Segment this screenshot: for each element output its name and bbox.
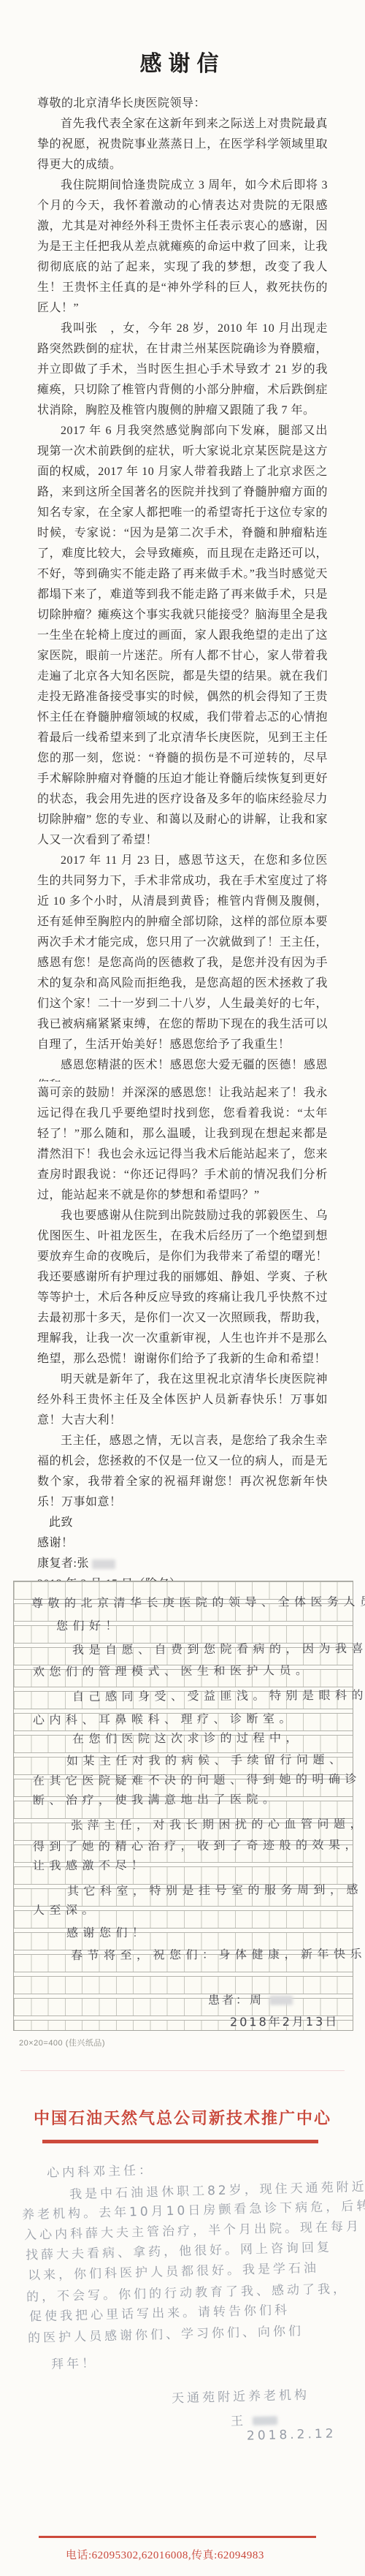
handwritten-line: 张萍主任，对我长期困扰的心血管问题， bbox=[71, 1815, 365, 1833]
paragraph: 明天就是新年了，我在这里祝北京清华长庚医院神经外科王贵怀主任及全体医护人员新春快… bbox=[37, 1369, 328, 1431]
handwritten-line: 欢您们的管理模式、医生和医护人员。 bbox=[33, 1661, 312, 1679]
grid-signature: 患者：周 bbox=[208, 1991, 293, 2008]
handwritten-line: 心内科、耳鼻喉科、理疗、诊断室。 bbox=[33, 1709, 296, 1728]
typed-letter-page-3: 蔼可亲的鼓励！并深深的感恩您！让我站起来了！我永远记得在我几乎要绝望时找到您，您… bbox=[0, 1082, 365, 1582]
handwritten-line: 的医护人员感谢你们、学习你们、向你们 bbox=[28, 2320, 304, 2346]
grid-date: 2018年2月13日 bbox=[230, 2013, 339, 2030]
handwritten-line: 感谢您们！ bbox=[66, 1923, 149, 1941]
handwritten-line: 的，不会写。你们的行动教育了我、感动了我， bbox=[26, 2278, 349, 2305]
paragraph: 我叫张 ，女，今年 28 岁，2010 年 10 月出现走路突然跌倒的症状，在甘… bbox=[37, 319, 328, 421]
handwritten-line: 在您们医院这次求诊的过程中， bbox=[72, 1728, 302, 1747]
handwritten-line: 自己感同身受、受益匪浅。特别是眼科的 bbox=[72, 1686, 365, 1704]
letterhead-signature-name: 王 bbox=[231, 2414, 247, 2429]
typed-letter-page-1: 感谢信 尊敬的北京清华长庚医院领导： 首先我代表全家在这新年到来之际送上对贵院最… bbox=[0, 0, 365, 563]
paragraph: 不好，等到确实不能走路了再来做手术。”我当时感觉天都塌下来了，难道等到我不能走路… bbox=[37, 564, 328, 851]
letterhead-signature: 王 bbox=[231, 2409, 278, 2429]
redacted-name bbox=[253, 2416, 277, 2425]
grid-signature-text: 患者：周 bbox=[208, 1993, 264, 2007]
handwritten-line: 断、治疗，使我满意地出了医院。 bbox=[33, 1790, 280, 1808]
handwritten-line: 得到了她的精心治疗，收到了奇迹般的效果， bbox=[33, 1836, 361, 1854]
letterhead-letter: 中国石油天然气总公司新技术推广中心 心内科邓主任： 我是中石油退休职工82岁，现… bbox=[0, 2097, 365, 2576]
closing-cizhi: 此致 bbox=[37, 1513, 328, 1533]
signature-text: 康复者:张 bbox=[37, 1557, 89, 1570]
paragraph: 蔼可亲的鼓励！并深深的感恩您！让我站起来了！我永远记得在我几乎要绝望时找到您，您… bbox=[37, 1083, 328, 1206]
signature-line: 康复者:张 bbox=[37, 1554, 328, 1574]
handwritten-line: 您们好！ bbox=[56, 1616, 122, 1633]
letterhead-date: 2018.2.12 bbox=[247, 2426, 337, 2443]
paragraph: 感恩您精湛的医术！感恩您大爱无疆的医德！感恩您和 bbox=[37, 1055, 328, 1082]
grid-paper-letter: 尊敬的北京清华长庚医院的领导、全体医务人员 您们好！ 我是自愿、自费到您院看病的… bbox=[13, 1581, 353, 2050]
letterhead-signature-org: 天通苑附近养老机构 bbox=[172, 2385, 310, 2406]
page-seam bbox=[20, 2070, 345, 2071]
redacted-name bbox=[269, 1996, 293, 2005]
paper-note: 20×20=400 (佳兴纸品) bbox=[19, 2037, 105, 2048]
handwritten-line: 让我感激不尽！ bbox=[33, 1856, 148, 1874]
letter-title: 感谢信 bbox=[37, 45, 328, 77]
handwritten-line: 如某主任对我的病候、手续留行问题、 bbox=[66, 1750, 346, 1768]
handwritten-line: 人至深。 bbox=[33, 1901, 99, 1918]
handwritten-line: 我是自愿、自费到您院看病的，因为我喜 bbox=[72, 1639, 365, 1657]
paragraph: 我住院期间恰逢贵院成立 3 周年，如今术后即将 3 个月的今天，我怀着激动的心情… bbox=[37, 175, 328, 319]
letterhead-org-title: 中国石油天然气总公司新技术推广中心 bbox=[0, 2106, 365, 2129]
footer-contacts: 电话:62095302,62016008,传真:62094983 bbox=[66, 2547, 264, 2562]
paragraph: 2017 年 6 月我突然感觉胸部向下发麻，腿部又出现第一次术前跌倒的症状，听大… bbox=[37, 421, 328, 563]
typed-letter-page-2: 不好，等到确实不能走路了再来做手术。”我当时感觉天都塌下来了，难道等到我不能走路… bbox=[0, 563, 365, 1082]
handwritten-line: 在其它医院疑难不决的问题、得到她的明确诊 bbox=[33, 1770, 361, 1788]
handwritten-line: 其它科室，特别是挂号室的服务周到，感 bbox=[67, 1880, 363, 1899]
handwritten-line: 心内科邓主任： bbox=[47, 2159, 155, 2181]
manuscript-grid-sheet: 尊敬的北京清华长庚医院的领导、全体医务人员 您们好！ 我是自愿、自费到您院看病的… bbox=[13, 1581, 353, 2031]
footer-red-rule bbox=[39, 2536, 316, 2538]
paragraph: 我也要感谢从住院到出院鼓励过我的郭毅医生、乌优图医生、叶祖龙医生，在我术后经历了… bbox=[37, 1206, 328, 1369]
redacted-name bbox=[92, 1559, 115, 1569]
salutation: 尊敬的北京清华长庚医院领导： bbox=[37, 94, 328, 114]
paragraph: 2017 年 11 月 23 日，感恩节这天，在您和多位医生的共同努力下，手术非… bbox=[37, 851, 328, 1055]
scanned-letters-canvas: 感谢信 尊敬的北京清华长庚医院领导： 首先我代表全家在这新年到来之际送上对贵院最… bbox=[0, 0, 365, 2576]
paragraph: 首先我代表全家在这新年到来之际送上对贵院最真挚的祝愿，祝贵院事业蒸蒸日上，在医学… bbox=[37, 114, 328, 175]
paragraph: 王主任，感恩之情，无以言表，是您给了我余生幸福的机会，您拯救的不仅是一位又一位的… bbox=[37, 1431, 328, 1513]
handwritten-line: 春节将至，祝您们：身体健康，新年快乐！ bbox=[71, 1945, 365, 1963]
handwritten-line: 尊敬的北京清华长庚医院的领导、全体医务人员 bbox=[31, 1592, 365, 1611]
handwritten-line: 拜年！ bbox=[51, 2352, 98, 2372]
closing-thanks: 感谢！ bbox=[37, 1533, 328, 1554]
letterhead-red-rule bbox=[42, 2140, 318, 2143]
